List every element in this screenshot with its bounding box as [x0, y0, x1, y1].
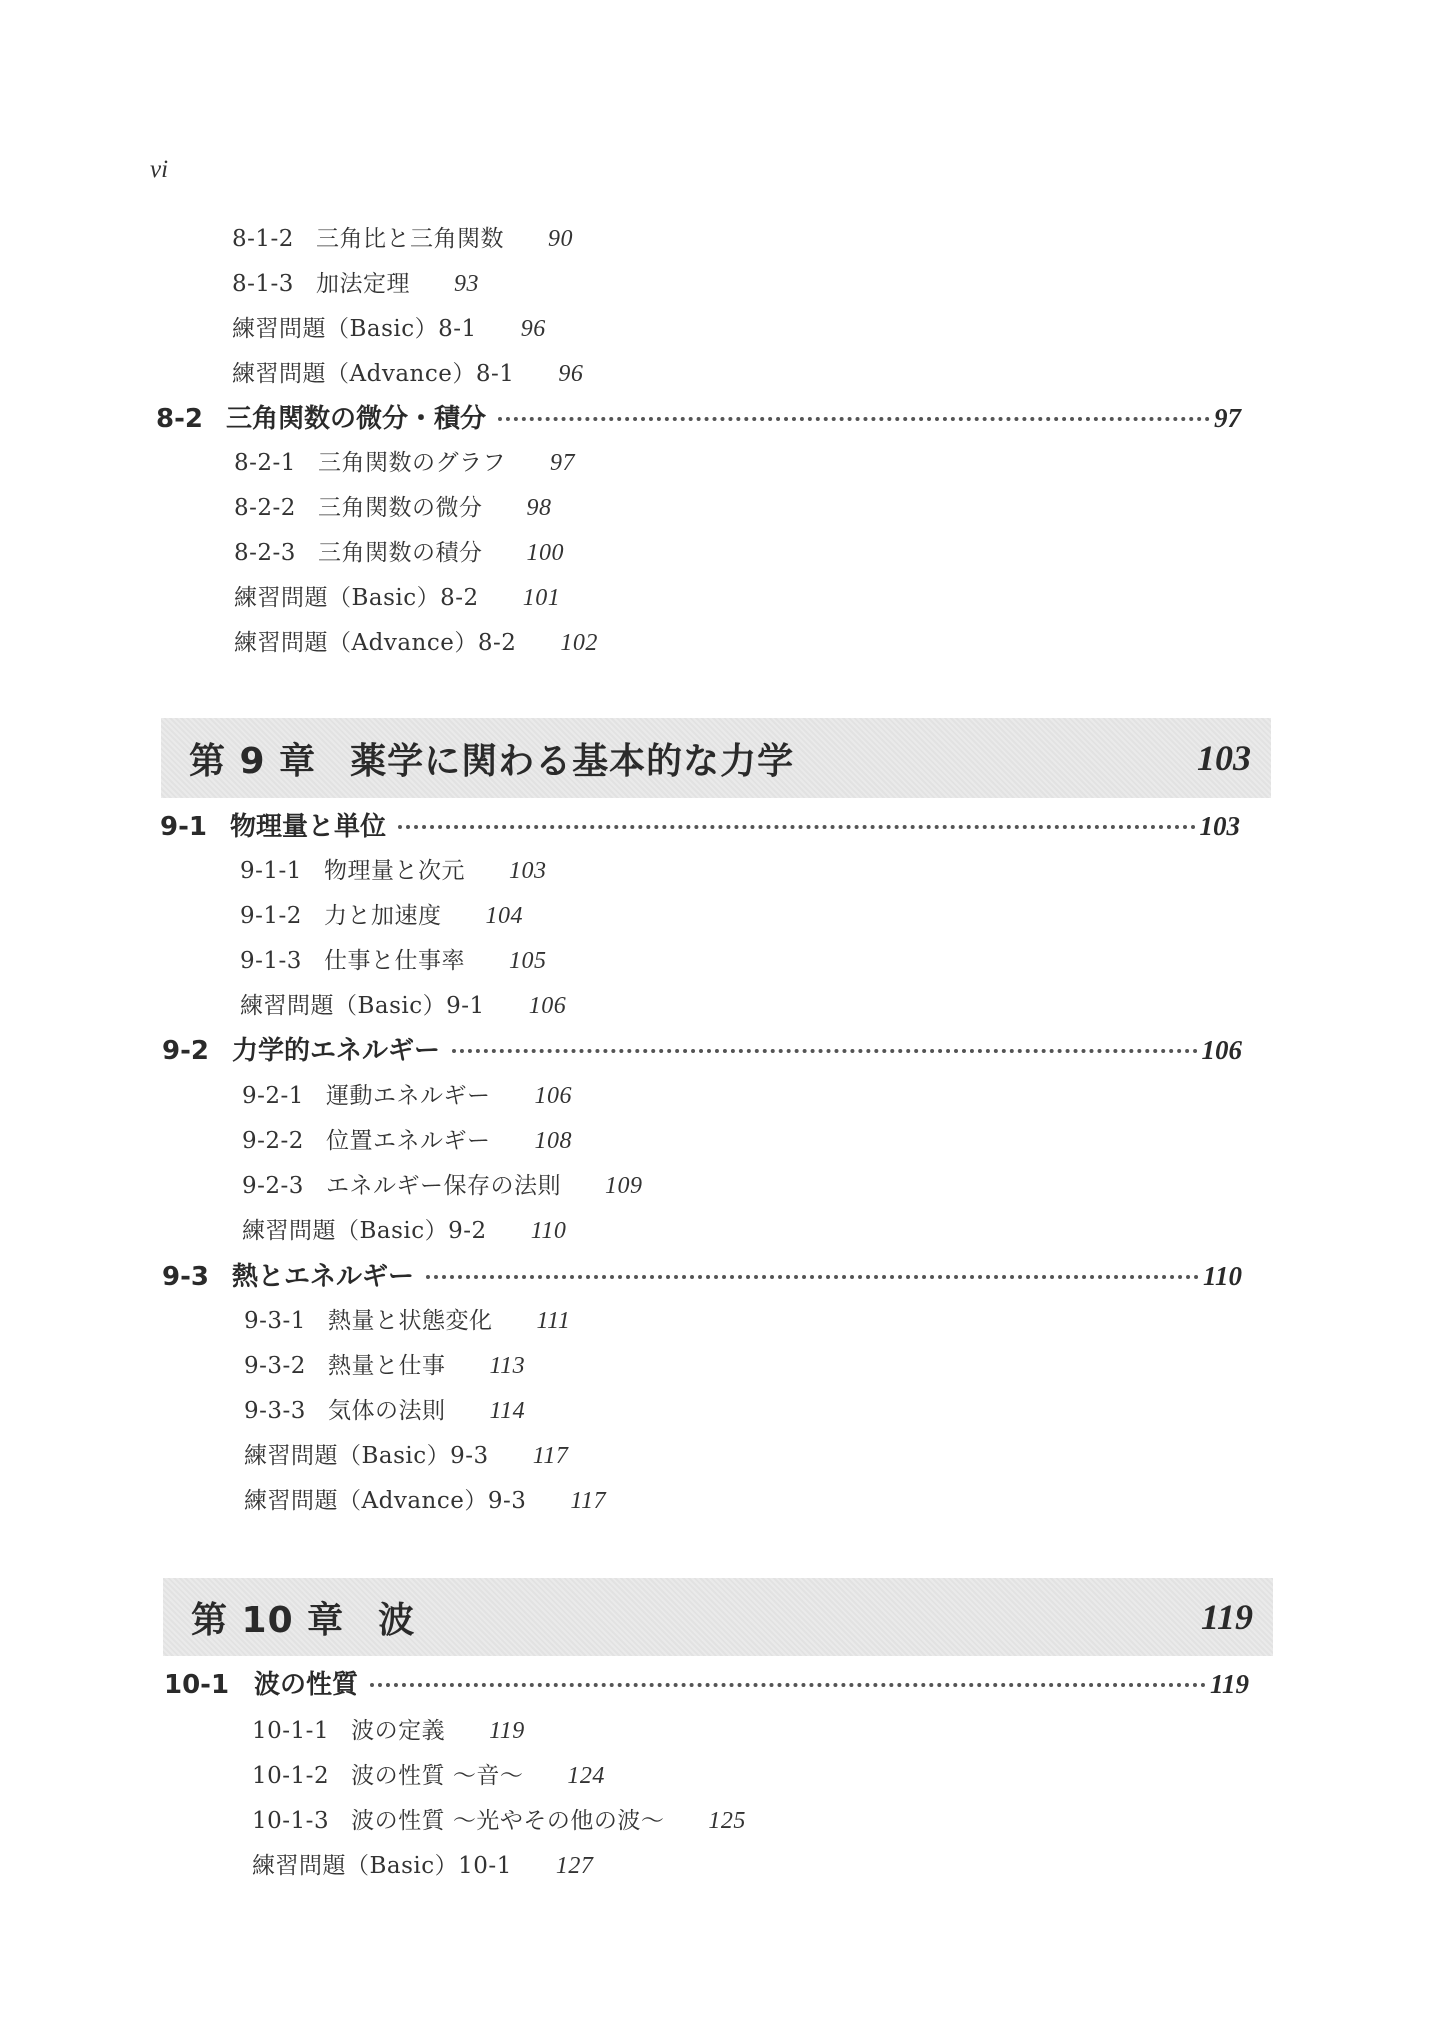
item-number: 9-2-3: [242, 1173, 304, 1199]
toc-item-exercise-advance-8-1[interactable]: 練習問題（Advance）8-1 96: [232, 355, 583, 388]
section-title: 三角関数の微分・積分: [226, 398, 486, 435]
dot-leader: [498, 417, 1210, 421]
toc-section-8-2[interactable]: 8-2 三角関数の微分・積分 97: [156, 398, 1241, 435]
section-page: 103: [1200, 811, 1241, 842]
toc-item-8-2-2[interactable]: 8-2-2 三角関数の微分 98: [234, 489, 551, 522]
chapter-10-header[interactable]: 第 10 章波 119: [163, 1578, 1273, 1656]
item-number: 9-1-3: [240, 948, 302, 974]
item-title: 波の性質 〜音〜: [351, 1757, 523, 1790]
item-number: 9-3-1: [244, 1308, 306, 1334]
item-page: 104: [485, 903, 523, 930]
section-number: 9-1: [160, 812, 230, 842]
item-number: 8-2-2: [234, 495, 296, 521]
chapter-title: 第 10 章波: [191, 1592, 415, 1643]
toc-item-9-2-1[interactable]: 9-2-1 運動エネルギー 106: [242, 1077, 572, 1110]
item-number: 9-3-3: [244, 1398, 306, 1424]
dot-leader: [452, 1049, 1197, 1053]
item-number: 8-2-1: [234, 450, 296, 476]
item-page: 98: [526, 495, 551, 522]
section-title: 波の性質: [254, 1664, 358, 1701]
toc-item-9-3-2[interactable]: 9-3-2 熱量と仕事 113: [244, 1347, 525, 1380]
toc-section-9-2[interactable]: 9-2 力学的エネルギー 106: [162, 1030, 1242, 1067]
toc-item-exercise-advance-8-2[interactable]: 練習問題（Advance）8-2 102: [234, 624, 598, 657]
page-number: vi: [150, 156, 168, 184]
section-page: 119: [1210, 1669, 1249, 1700]
item-page: 90: [548, 226, 573, 253]
dot-leader: [370, 1683, 1206, 1687]
item-title: 三角関数のグラフ: [318, 444, 506, 477]
item-number: 8-1-3: [232, 271, 294, 297]
chapter-page: 103: [1197, 737, 1251, 779]
dot-leader: [398, 825, 1195, 829]
item-title: 三角関数の微分: [318, 489, 483, 522]
item-title: 練習問題（Basic）9-2: [242, 1212, 487, 1245]
toc-item-10-1-1[interactable]: 10-1-1 波の定義 119: [252, 1712, 525, 1745]
item-title: 練習問題（Basic）9-3: [244, 1437, 489, 1470]
section-number: 8-2: [156, 404, 226, 434]
item-title: 物理量と次元: [324, 852, 465, 885]
item-title: 仕事と仕事率: [324, 942, 465, 975]
item-page: 105: [509, 948, 547, 975]
item-title: 練習問題（Advance）8-2: [234, 624, 516, 657]
item-title: 練習問題（Basic）10-1: [252, 1847, 512, 1880]
section-title: 熱とエネルギー: [232, 1256, 414, 1293]
item-title: 練習問題（Basic）8-2: [234, 579, 479, 612]
chapter-page: 119: [1201, 1596, 1253, 1638]
section-title: 物理量と単位: [230, 806, 386, 843]
item-number: 9-2-2: [242, 1128, 304, 1154]
section-page: 97: [1214, 403, 1241, 434]
toc-item-exercise-basic-8-2[interactable]: 練習問題（Basic）8-2 101: [234, 579, 560, 612]
item-page: 108: [534, 1128, 572, 1155]
toc-item-8-2-1[interactable]: 8-2-1 三角関数のグラフ 97: [234, 444, 575, 477]
item-page: 109: [605, 1173, 643, 1200]
item-page: 96: [558, 361, 583, 388]
section-page: 106: [1202, 1035, 1243, 1066]
toc-item-exercise-basic-10-1[interactable]: 練習問題（Basic）10-1 127: [252, 1847, 593, 1880]
item-page: 102: [560, 630, 598, 657]
toc-item-9-1-1[interactable]: 9-1-1 物理量と次元 103: [240, 852, 546, 885]
toc-item-8-1-2[interactable]: 8-1-2 三角比と三角関数 90: [232, 220, 573, 253]
item-page: 106: [529, 993, 567, 1020]
toc-item-exercise-advance-9-3[interactable]: 練習問題（Advance）9-3 117: [244, 1482, 606, 1515]
toc-item-exercise-basic-8-1[interactable]: 練習問題（Basic）8-1 96: [232, 310, 546, 343]
item-page: 125: [708, 1808, 746, 1835]
item-page: 124: [567, 1763, 605, 1790]
item-page: 101: [523, 585, 561, 612]
item-title: 波の性質 〜光やその他の波〜: [351, 1802, 664, 1835]
item-page: 117: [570, 1488, 606, 1515]
item-number: 9-2-1: [242, 1083, 304, 1109]
section-number: 9-3: [162, 1262, 232, 1292]
item-number: 9-1-1: [240, 858, 302, 884]
item-page: 119: [489, 1718, 525, 1745]
item-number: 10-1-2: [252, 1763, 329, 1789]
item-number: 9-3-2: [244, 1353, 306, 1379]
section-title: 力学的エネルギー: [232, 1030, 440, 1067]
item-page: 93: [454, 271, 479, 298]
chapter-name: 波: [378, 1600, 415, 1641]
toc-item-9-2-3[interactable]: 9-2-3 エネルギー保存の法則 109: [242, 1167, 642, 1200]
toc-section-9-1[interactable]: 9-1 物理量と単位 103: [160, 806, 1240, 843]
item-title: 気体の法則: [328, 1392, 446, 1425]
chapter-9-header[interactable]: 第 9 章薬学に関わる基本的な力学 103: [161, 718, 1271, 798]
item-page: 96: [521, 316, 546, 343]
item-title: 波の定義: [351, 1712, 445, 1745]
item-page: 117: [533, 1443, 569, 1470]
item-title: 練習問題（Advance）9-3: [244, 1482, 526, 1515]
toc-item-9-3-3[interactable]: 9-3-3 気体の法則 114: [244, 1392, 525, 1425]
item-title: 練習問題（Basic）8-1: [232, 310, 477, 343]
item-page: 103: [509, 858, 547, 885]
item-page: 100: [526, 540, 564, 567]
section-number: 9-2: [162, 1036, 232, 1066]
item-page: 106: [534, 1083, 572, 1110]
section-number: 10-1: [164, 1670, 254, 1700]
toc-item-exercise-basic-9-2[interactable]: 練習問題（Basic）9-2 110: [242, 1212, 566, 1245]
toc-item-9-1-3[interactable]: 9-1-3 仕事と仕事率 105: [240, 942, 546, 975]
toc-item-exercise-basic-9-3[interactable]: 練習問題（Basic）9-3 117: [244, 1437, 568, 1470]
toc-item-10-1-2[interactable]: 10-1-2 波の性質 〜音〜 124: [252, 1757, 605, 1790]
item-number: 9-1-2: [240, 903, 302, 929]
item-title: 位置エネルギー: [326, 1122, 491, 1155]
item-title: 熱量と仕事: [328, 1347, 446, 1380]
item-number: 8-1-2: [232, 226, 294, 252]
item-title: 練習問題（Basic）9-1: [240, 987, 485, 1020]
item-title: 力と加速度: [324, 897, 442, 930]
item-title: 三角関数の積分: [318, 534, 483, 567]
item-title: 運動エネルギー: [326, 1077, 491, 1110]
toc-item-8-2-3[interactable]: 8-2-3 三角関数の積分 100: [234, 534, 564, 567]
chapter-name: 薬学に関わる基本的な力学: [350, 741, 794, 782]
item-page: 111: [536, 1308, 570, 1335]
toc-item-exercise-basic-9-1[interactable]: 練習問題（Basic）9-1 106: [240, 987, 566, 1020]
item-title: エネルギー保存の法則: [326, 1167, 561, 1200]
item-page: 97: [550, 450, 575, 477]
item-page: 110: [531, 1218, 567, 1245]
section-page: 110: [1203, 1261, 1242, 1292]
toc-item-9-3-1[interactable]: 9-3-1 熱量と状態変化 111: [244, 1302, 570, 1335]
item-title: 練習問題（Advance）8-1: [232, 355, 514, 388]
item-number: 10-1-1: [252, 1718, 329, 1744]
item-number: 10-1-3: [252, 1808, 329, 1834]
toc-item-9-2-2[interactable]: 9-2-2 位置エネルギー 108: [242, 1122, 572, 1155]
toc-section-10-1[interactable]: 10-1 波の性質 119: [164, 1664, 1249, 1701]
chapter-label: 第 10 章: [191, 1600, 344, 1641]
item-page: 127: [556, 1853, 594, 1880]
item-title: 加法定理: [316, 265, 410, 298]
toc-item-8-1-3[interactable]: 8-1-3 加法定理 93: [232, 265, 479, 298]
item-page: 114: [489, 1398, 525, 1425]
chapter-title: 第 9 章薬学に関わる基本的な力学: [189, 733, 794, 784]
item-page: 113: [489, 1353, 525, 1380]
chapter-label: 第 9 章: [189, 741, 316, 782]
item-title: 三角比と三角関数: [316, 220, 504, 253]
item-number: 8-2-3: [234, 540, 296, 566]
item-title: 熱量と状態変化: [328, 1302, 493, 1335]
dot-leader: [426, 1275, 1199, 1279]
toc-item-10-1-3[interactable]: 10-1-3 波の性質 〜光やその他の波〜 125: [252, 1802, 746, 1835]
toc-section-9-3[interactable]: 9-3 熱とエネルギー 110: [162, 1256, 1242, 1293]
toc-item-9-1-2[interactable]: 9-1-2 力と加速度 104: [240, 897, 523, 930]
